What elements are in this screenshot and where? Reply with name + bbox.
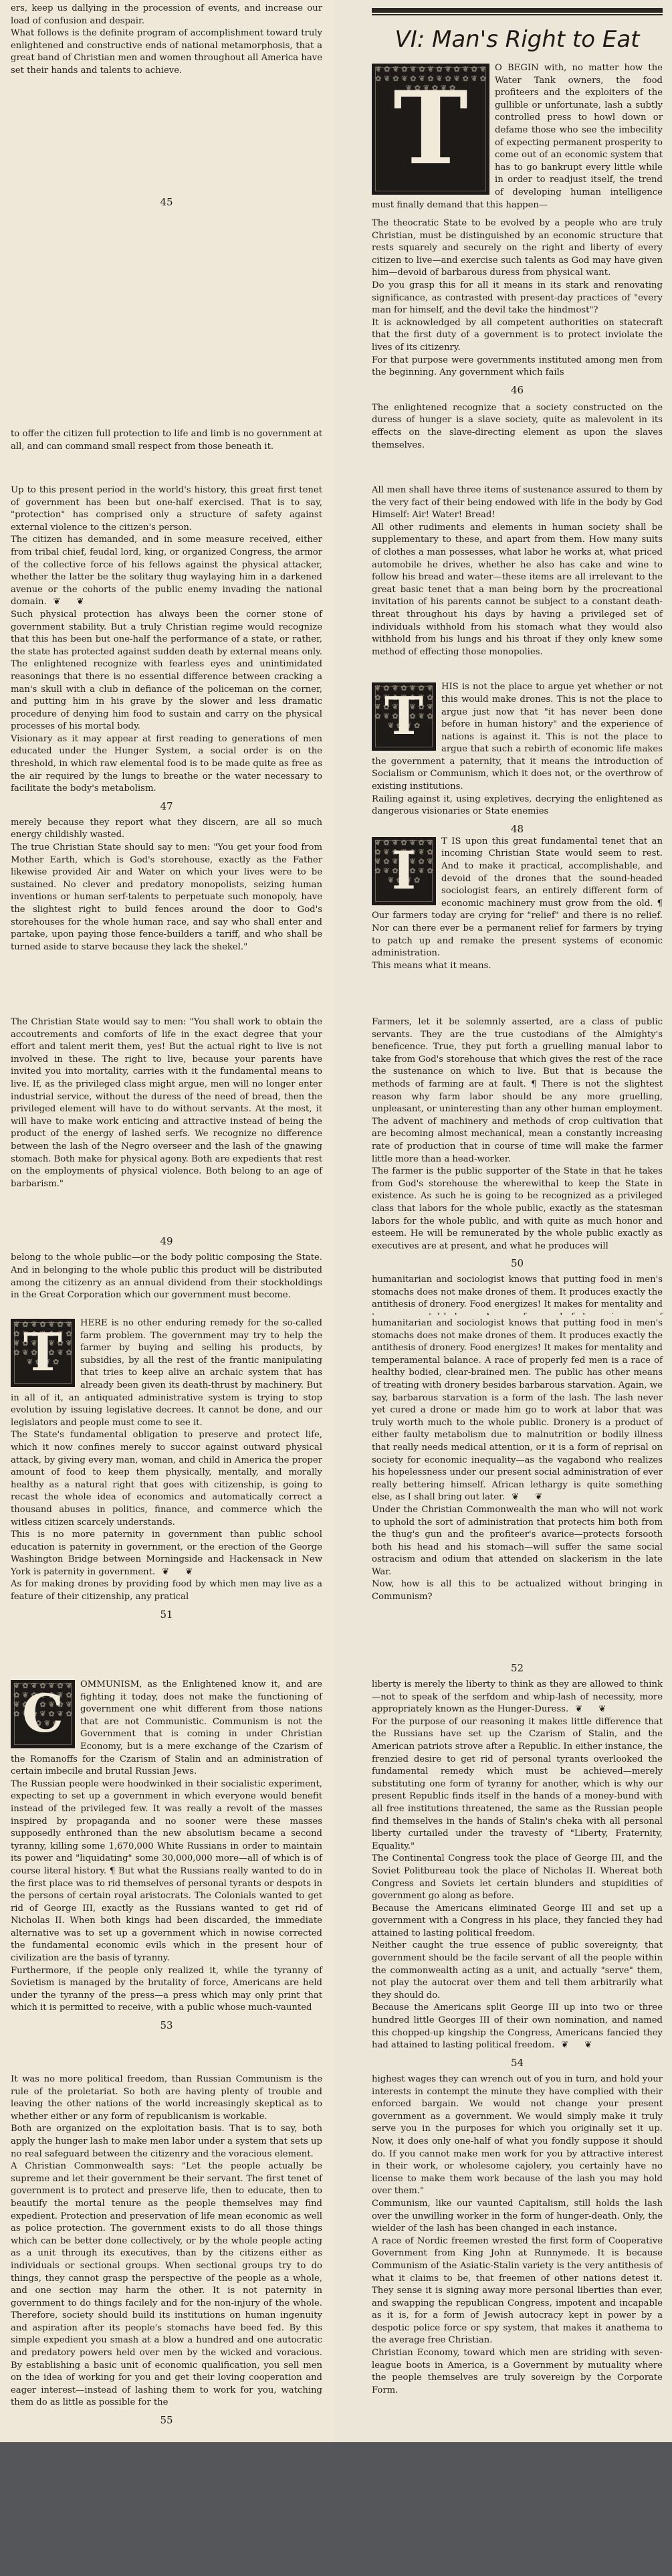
paragraph: ers, keep us dallying in the procession … [11, 3, 322, 27]
page-number: 46 [372, 383, 663, 397]
chapter-rule-thick [372, 8, 663, 13]
paragraph: As for making drones by providing food b… [11, 1578, 322, 1603]
paragraph: Because the Americans eliminated George … [372, 1903, 663, 1940]
paragraph: The State's fundamental obligation to pr… [11, 1429, 322, 1529]
fleuron-ornament-icon: ❦ ❦ [512, 1492, 549, 1502]
paragraph: It was no more political freedom, than R… [11, 2074, 322, 2123]
page-number: 45 [11, 195, 322, 209]
book-spread-grid: ers, keep us dallying in the procession … [0, 0, 672, 2442]
page-46: VI: Man's Right to Eat T O BEGIN with, n… [334, 0, 672, 217]
page-number: 51 [11, 1608, 322, 1621]
page-45: ers, keep us dallying in the procession … [0, 0, 334, 217]
paragraph: The citizen has demanded, and in some me… [11, 534, 322, 609]
page-55: It was no more political freedom, than R… [0, 2071, 334, 2442]
fleuron-ornament-icon: ❦ ❦ [575, 1704, 612, 1714]
paragraph: The Christian State would say to men: "Y… [11, 1016, 322, 1190]
decorated-initial-t-icon: T [372, 64, 489, 195]
decorated-initial-i-icon: I [372, 837, 436, 905]
paragraph: The Russian people were hoodwinked in th… [11, 1778, 322, 1965]
fleuron-ornament-icon: ❦ ❦ [53, 597, 91, 607]
decorated-initial-t-icon: T [11, 1319, 75, 1387]
paragraph: Farmers, let it be solemnly asserted, ar… [372, 1016, 663, 1166]
page-52: humanitarian and sociologist knows that … [334, 1315, 672, 1676]
page-number: 55 [11, 2413, 322, 2427]
page-47: Up to this present period in the world's… [0, 482, 334, 1014]
paragraph: The farmer is the public supporter of th… [372, 1166, 663, 1253]
paragraph: For that purpose were governments instit… [372, 355, 663, 379]
paragraph: The true Christian State should say to m… [11, 842, 322, 953]
paragraph: For the purpose of our reasoning it make… [372, 1716, 663, 1853]
page-50: Farmers, let it be solemnly asserted, ar… [334, 1014, 672, 1315]
page-46-body: The theocratic State to be evolved by a … [334, 217, 672, 482]
paragraph: to offer the citizen full protection to … [11, 428, 322, 453]
page-48: All men shall have three items of susten… [334, 482, 672, 1014]
paragraph: A race of Nordic freemen wrested the fir… [372, 2235, 663, 2347]
page-53: C OMMUNISM, as the Enlightened know it, … [0, 1676, 334, 2071]
paragraph: humanitarian and sociologist knows that … [372, 1317, 663, 1504]
page-56: highest wages they can wrench out of you… [334, 2071, 672, 2442]
paragraph: Both are organized on the exploitation b… [11, 2123, 322, 2160]
page-54: liberty is merely the liberty to think a… [334, 1676, 672, 2071]
paragraph: Such physical protection has always been… [11, 609, 322, 733]
page-51: T HERE is no other enduring remedy for t… [0, 1315, 334, 1676]
decorated-initial-c-icon: C [11, 1680, 75, 1748]
paragraph: Visionary as it may appear at first read… [11, 733, 322, 796]
fleuron-ornament-icon: ❦ ❦ [561, 2040, 598, 2050]
page-number: 54 [372, 2056, 663, 2069]
paragraph: All other rudiments and elements in huma… [372, 522, 663, 659]
paragraph: Under the Christian Commonwealth the man… [372, 1504, 663, 1579]
paragraph: The enlightened recognize that a society… [372, 402, 663, 452]
page-number: 48 [372, 822, 663, 836]
paragraph: liberty is merely the liberty to think a… [372, 1679, 663, 1716]
decorated-initial-t-icon: T [372, 682, 436, 751]
fleuron-ornament-icon: ❦ ❦ [162, 1567, 199, 1577]
paragraph: Because the Americans split George III u… [372, 2002, 663, 2051]
paragraph: Do you grasp this for all it means in it… [372, 280, 663, 317]
chapter-title: VI: Man's Right to Eat [372, 25, 663, 54]
page-46-continued: 45 to offer the citizen full protection … [0, 217, 334, 482]
paragraph: The theocratic State to be evolved by a … [372, 217, 663, 280]
paragraph: This means what it means. [372, 960, 663, 973]
paragraph: What follows is the definite program of … [11, 27, 322, 77]
paragraph: It is acknowledged by all competent auth… [372, 317, 663, 355]
paragraph: A Christian Commonwealth says: "Let the … [11, 2160, 322, 2409]
paragraph: merely because they report what they dis… [11, 817, 322, 842]
page-number: 53 [11, 2019, 322, 2032]
paragraph: humanitarian and sociologist knows that … [372, 1274, 663, 1315]
paragraph: Up to this present period in the world's… [11, 484, 322, 534]
paragraph: Christian Economy, toward which men are … [372, 2347, 663, 2397]
paragraph: Neither caught the true essence of publi… [372, 1940, 663, 2002]
paragraph: Now, how is all this to be actualized wi… [372, 1578, 663, 1603]
paragraph: This is no more paternity in government … [11, 1529, 322, 1578]
page-number: 49 [11, 1234, 322, 1248]
page-number: 50 [372, 1257, 663, 1270]
paragraph: All men shall have three items of susten… [372, 484, 663, 522]
chapter-rule-thin [372, 14, 663, 15]
paragraph: Furthermore, if the people only realized… [11, 1965, 322, 2015]
paragraph: Communism, like our vaunted Capitalism, … [372, 2198, 663, 2235]
paragraph: belong to the whole public—or the body p… [11, 1252, 322, 1301]
paragraph: highest wages they can wrench out of you… [372, 2074, 663, 2198]
page-49: The Christian State would say to men: "Y… [0, 1014, 334, 1315]
paragraph: The Continental Congress took the place … [372, 1853, 663, 1902]
page-number: 52 [372, 1661, 663, 1675]
paragraph: Railing against it, using expletives, de… [372, 794, 663, 818]
page-number: 47 [11, 800, 322, 813]
